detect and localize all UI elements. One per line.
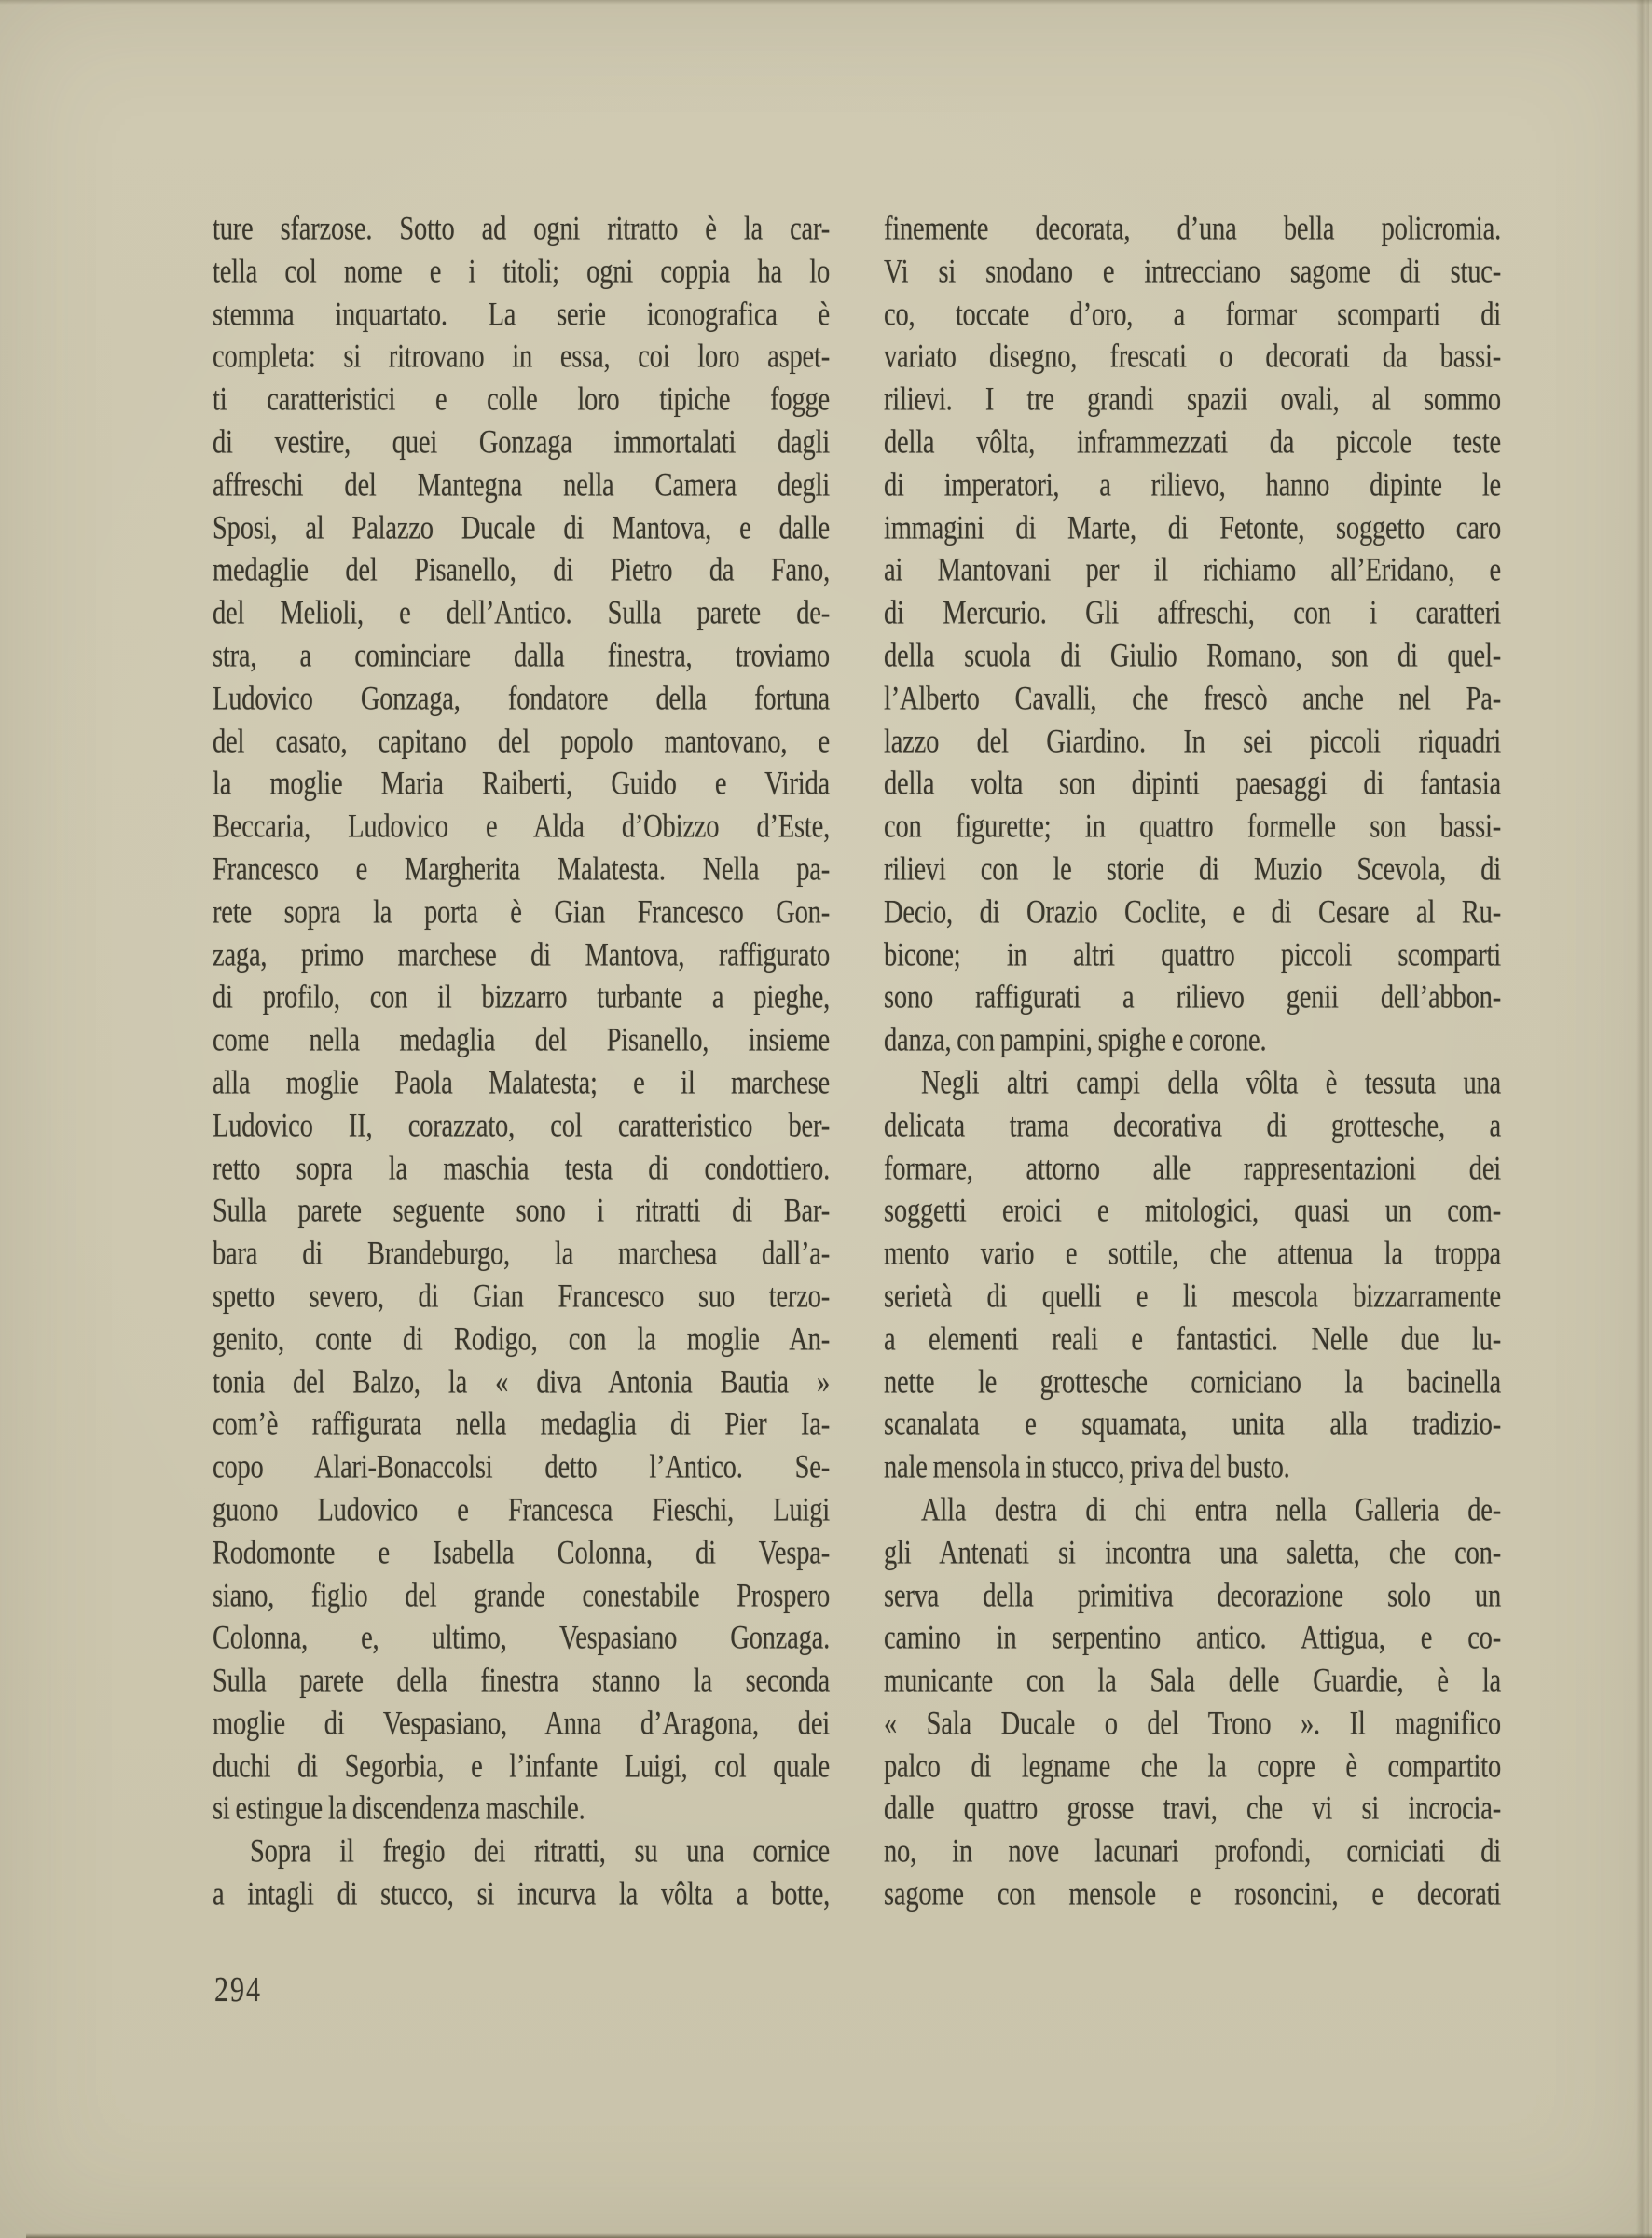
text-line: a intagli di stucco, si incurva la vôlta… [213, 1868, 830, 1922]
book-page: ture sfarzose. Sotto ad ogni ritratto è … [0, 0, 1652, 2238]
text-column-right: finemente decorata, d’una bella policrom… [884, 209, 1501, 1917]
text-line: sagome con mensole e rosoncini, e decora… [884, 1868, 1501, 1922]
scan-edge-top [0, 0, 1652, 5]
scan-edge-right [1636, 0, 1649, 2238]
text-column-left: ture sfarzose. Sotto ad ogni ritratto è … [213, 209, 830, 1917]
scan-edge-bottom [26, 2233, 1652, 2238]
page-number: 294 [214, 1963, 262, 2017]
